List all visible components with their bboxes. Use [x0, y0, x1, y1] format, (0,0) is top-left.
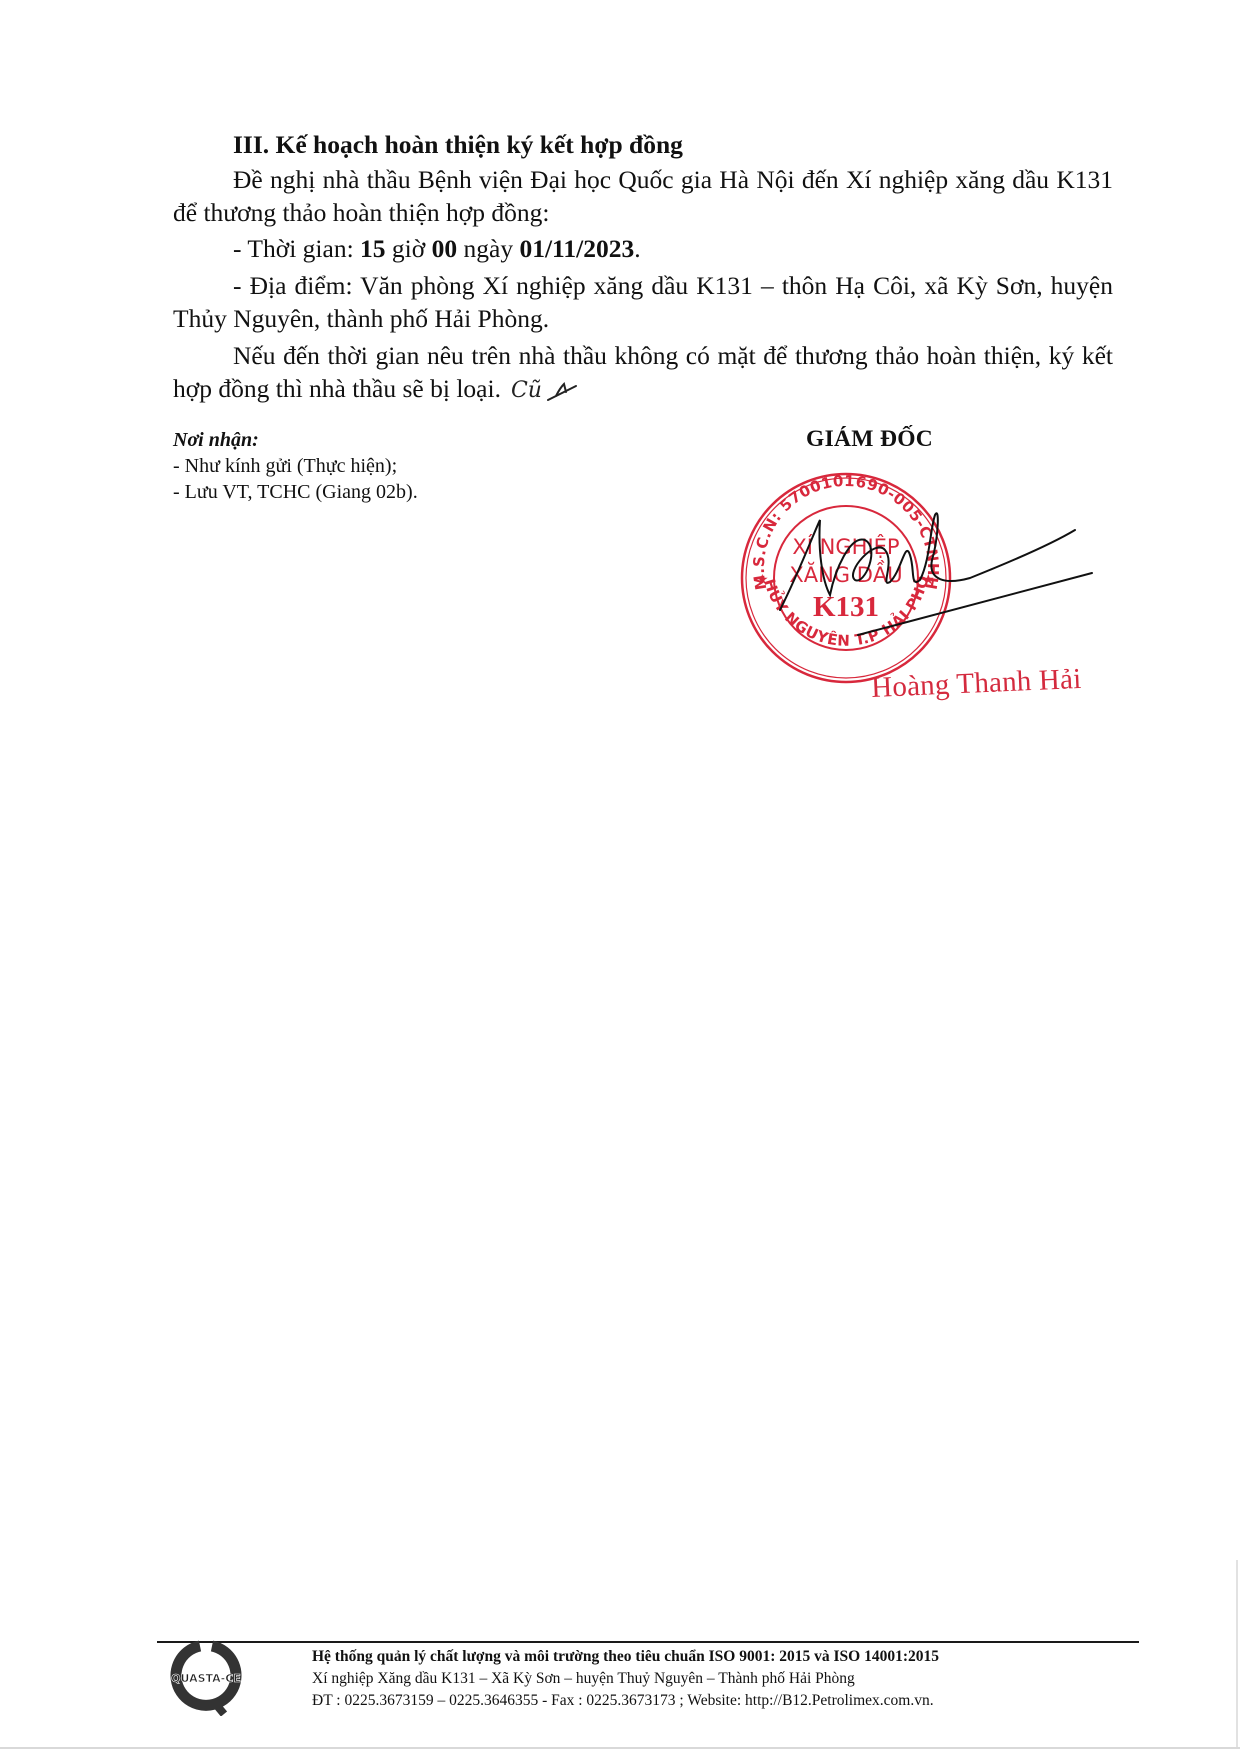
time-end: .: [634, 234, 640, 263]
recipients-title: Nơi nhận:: [173, 427, 418, 453]
note-paragraph: Nếu đến thời gian nêu trên nhà thầu khôn…: [173, 339, 1113, 407]
recipient-item: - Như kính gửi (Thực hiện);: [173, 453, 418, 479]
place-paragraph: - Địa điểm: Văn phòng Xí nghiệp xăng dầu…: [173, 269, 1113, 335]
place-text: - Địa điểm: Văn phòng Xí nghiệp xăng dầu…: [173, 269, 1113, 335]
time-hour-unit: giờ: [386, 234, 432, 263]
recipient-item: - Lưu VT, TCHC (Giang 02b).: [173, 479, 418, 505]
time-label: - Thời gian:: [233, 234, 360, 263]
handwritten-check-icon: [542, 378, 582, 404]
note-text: Nếu đến thời gian nêu trên nhà thầu khôn…: [173, 341, 1113, 403]
time-day-label: ngày: [457, 234, 519, 263]
section-heading: III. Kế hoạch hoàn thiện ký kết hợp đồng: [233, 130, 683, 160]
footer-divider: [157, 1641, 1139, 1643]
time-paragraph: - Thời gian: 15 giờ 00 ngày 01/11/2023.: [173, 232, 1113, 265]
recipients-block: Nơi nhận: - Như kính gửi (Thực hiện); - …: [173, 427, 418, 505]
page-edge: [1236, 1560, 1238, 1747]
time-date: 01/11/2023: [519, 234, 634, 263]
footer-address: Xí nghiệp Xăng dầu K131 – Xã Kỳ Sơn – hu…: [312, 1668, 939, 1690]
logo-text: QUASTA-CE: [171, 1672, 241, 1685]
handwritten-initials: Cũ: [511, 378, 542, 403]
handwritten-signature: [760, 500, 1120, 660]
footer-certification: Hệ thống quản lý chất lượng và môi trườn…: [312, 1646, 939, 1668]
intro-paragraph: Đề nghị nhà thầu Bệnh viện Đại học Quốc …: [173, 163, 1113, 229]
time-minute: 00: [432, 234, 458, 263]
intro-text: Đề nghị nhà thầu Bệnh viện Đại học Quốc …: [173, 163, 1113, 229]
footer-text: Hệ thống quản lý chất lượng và môi trườn…: [312, 1646, 939, 1712]
time-hour: 15: [360, 234, 386, 263]
signer-position: GIÁM ĐỐC: [806, 426, 933, 453]
footer-contact: ĐT : 0225.3673159 – 0225.3646355 - Fax :…: [312, 1690, 939, 1712]
quasta-ce-logo: QUASTA-CE: [166, 1640, 246, 1716]
page-edge: [0, 1747, 1240, 1749]
